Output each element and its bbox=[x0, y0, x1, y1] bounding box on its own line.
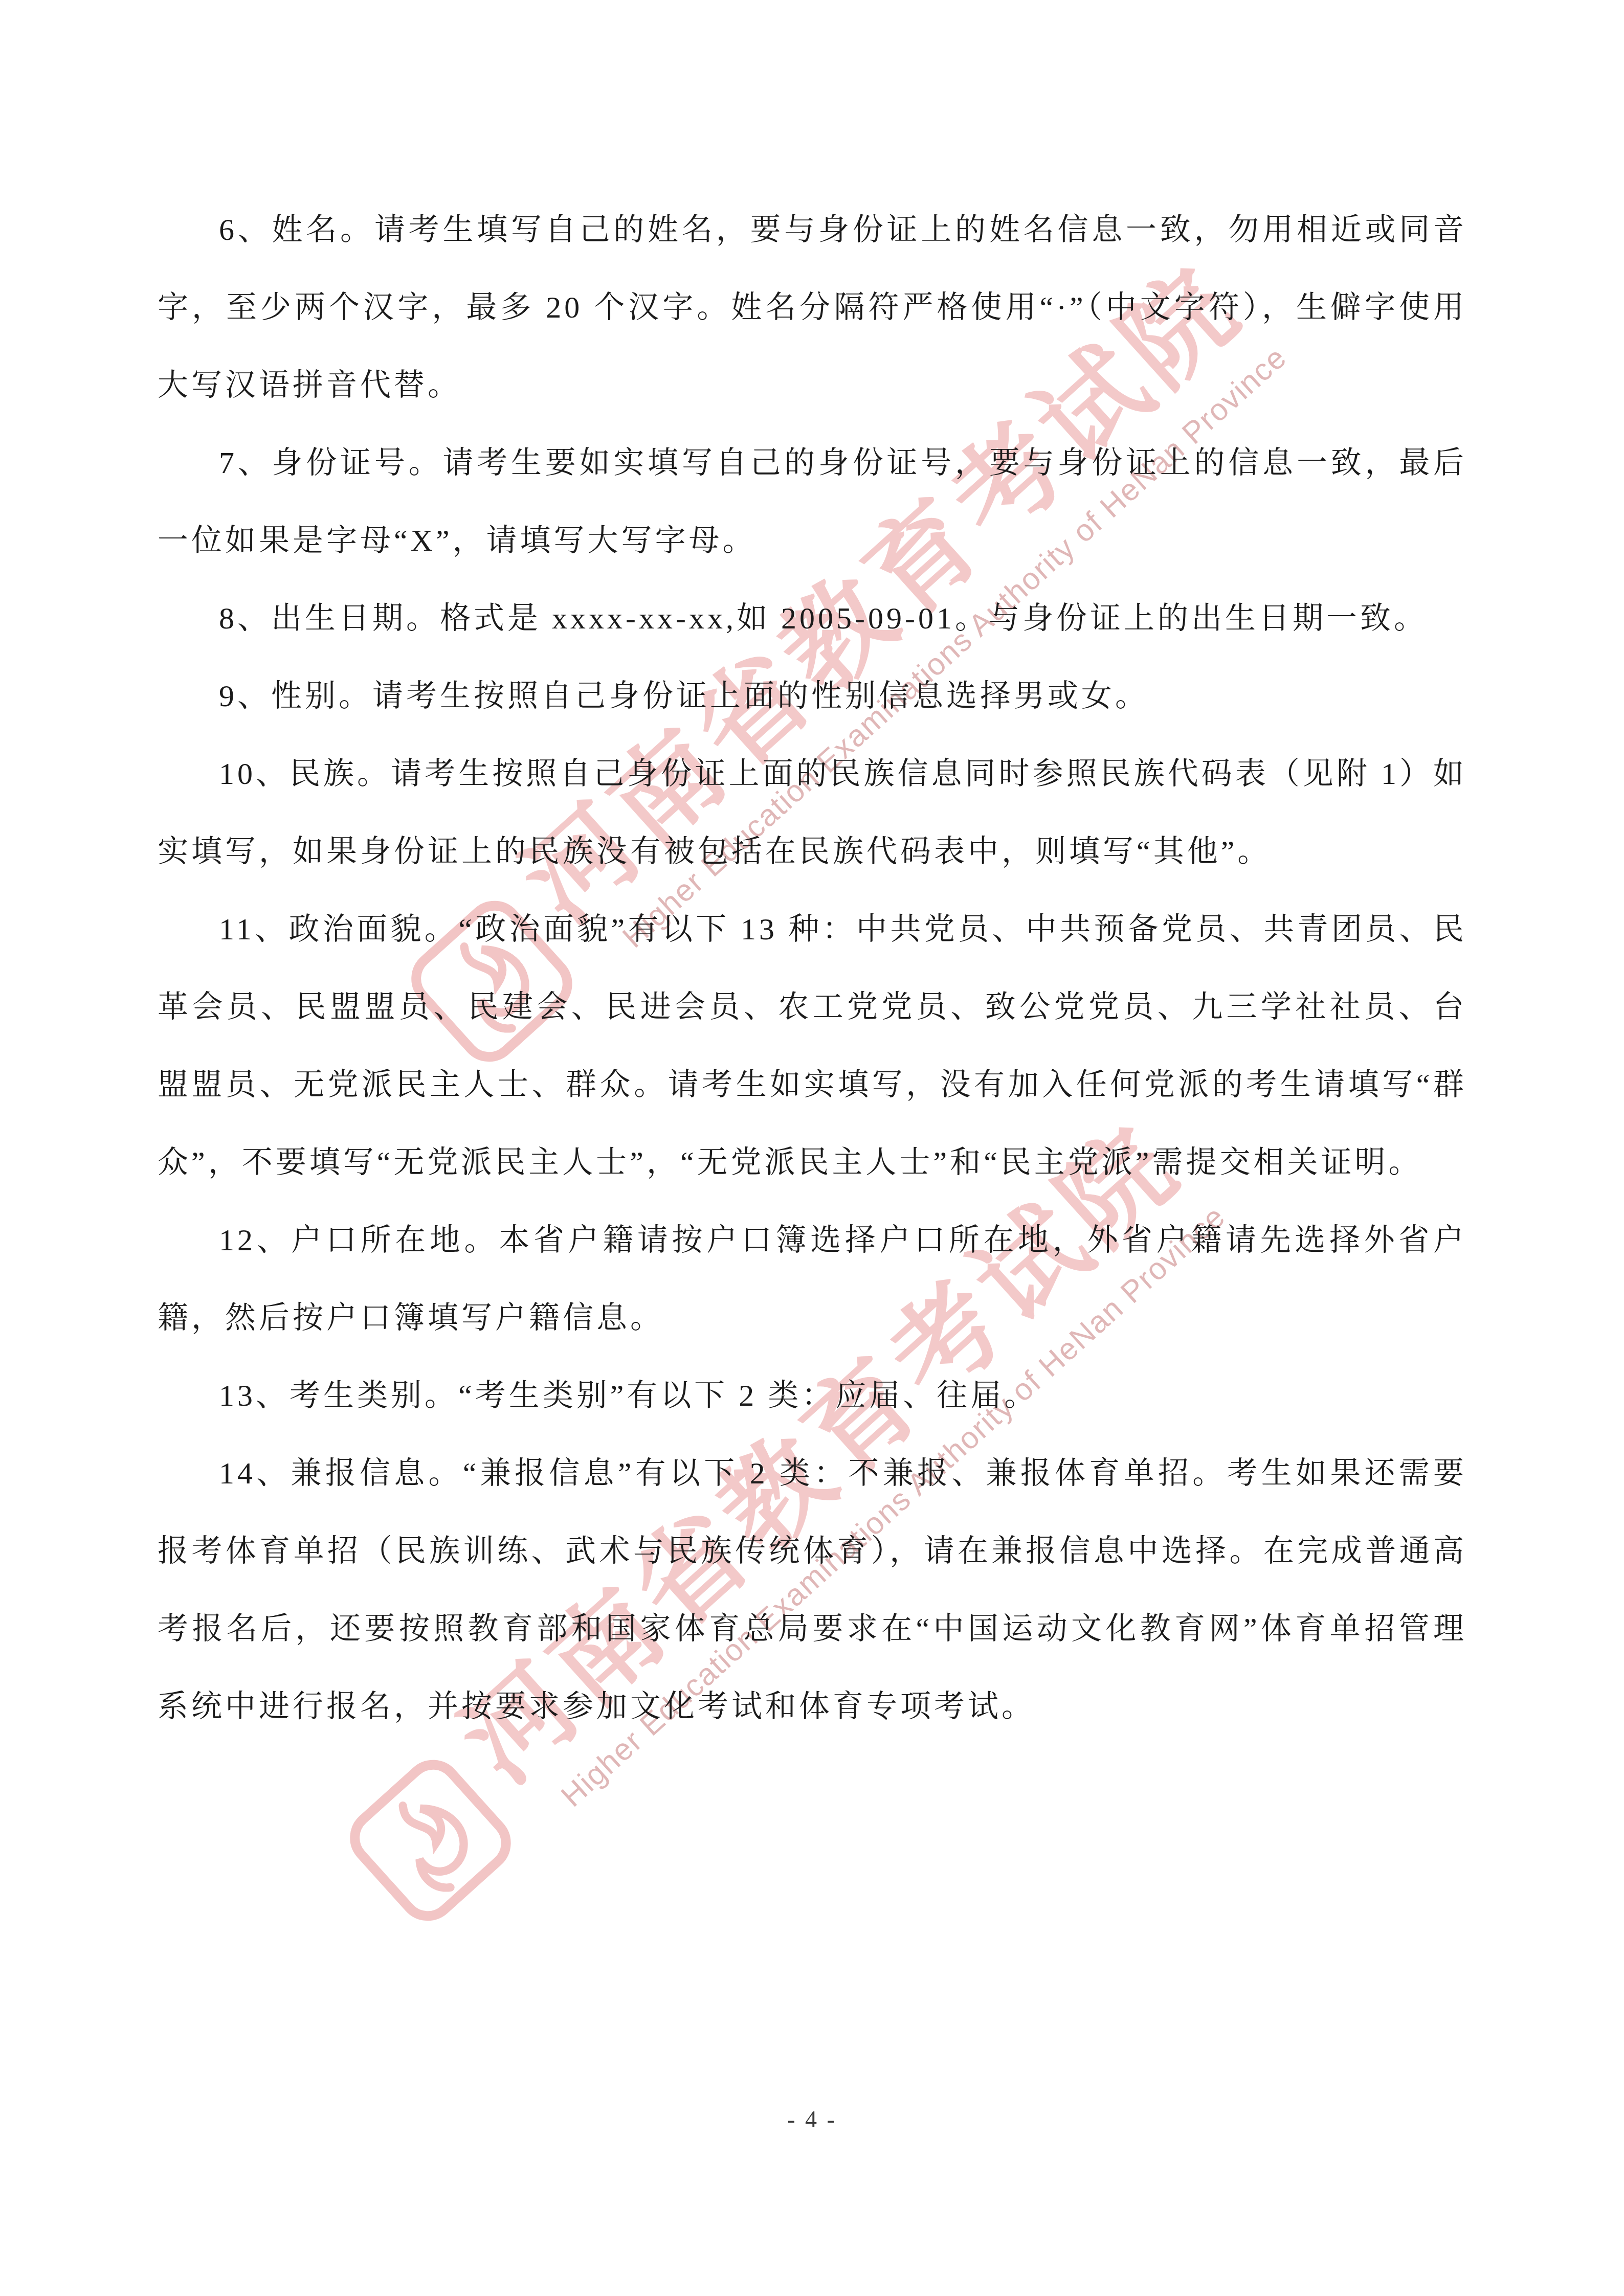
page-number: - 4 - bbox=[787, 2106, 837, 2132]
page-footer: - 4 - bbox=[0, 2106, 1624, 2133]
paragraph-item-11: 11、政治面貌。“政治面貌”有以下 13 种：中共党员、中共预备党员、共青团员、… bbox=[158, 890, 1467, 1201]
paragraph-item-12: 12、户口所在地。本省户籍请按户口簿选择户口所在地，外省户籍请先选择外省户籍，然… bbox=[158, 1201, 1467, 1357]
paragraph-item-6: 6、姓名。请考生填写自己的姓名，要与身份证上的姓名信息一致，勿用相近或同音字，至… bbox=[158, 191, 1467, 424]
paragraph-item-13: 13、考生类别。“考生类别”有以下 2 类：应届、往届。 bbox=[158, 1357, 1467, 1434]
paragraph-item-8: 8、出生日期。格式是 xxxx-xx-xx,如 2005-09-01。与身份证上… bbox=[158, 579, 1467, 657]
paragraph-item-14: 14、兼报信息。“兼报信息”有以下 2 类：不兼报、兼报体育单招。考生如果还需要… bbox=[158, 1434, 1467, 1745]
paragraph-item-7: 7、身份证号。请考生要如实填写自己的身份证号，要与身份证上的信息一致，最后一位如… bbox=[158, 424, 1467, 579]
paragraph-item-10: 10、民族。请考生按照自己身份证上面的民族信息同时参照民族代码表（见附 1）如实… bbox=[158, 735, 1467, 890]
flame-emblem-icon bbox=[333, 1743, 528, 1938]
scanned-document-page: { "page": { "footer_page_number": "- 4 -… bbox=[0, 0, 1624, 2296]
paragraph-item-9: 9、性别。请考生按照自己身份证上面的性别信息选择男或女。 bbox=[158, 657, 1467, 735]
document-body: 6、姓名。请考生填写自己的姓名，要与身份证上的姓名信息一致，勿用相近或同音字，至… bbox=[158, 191, 1467, 1745]
